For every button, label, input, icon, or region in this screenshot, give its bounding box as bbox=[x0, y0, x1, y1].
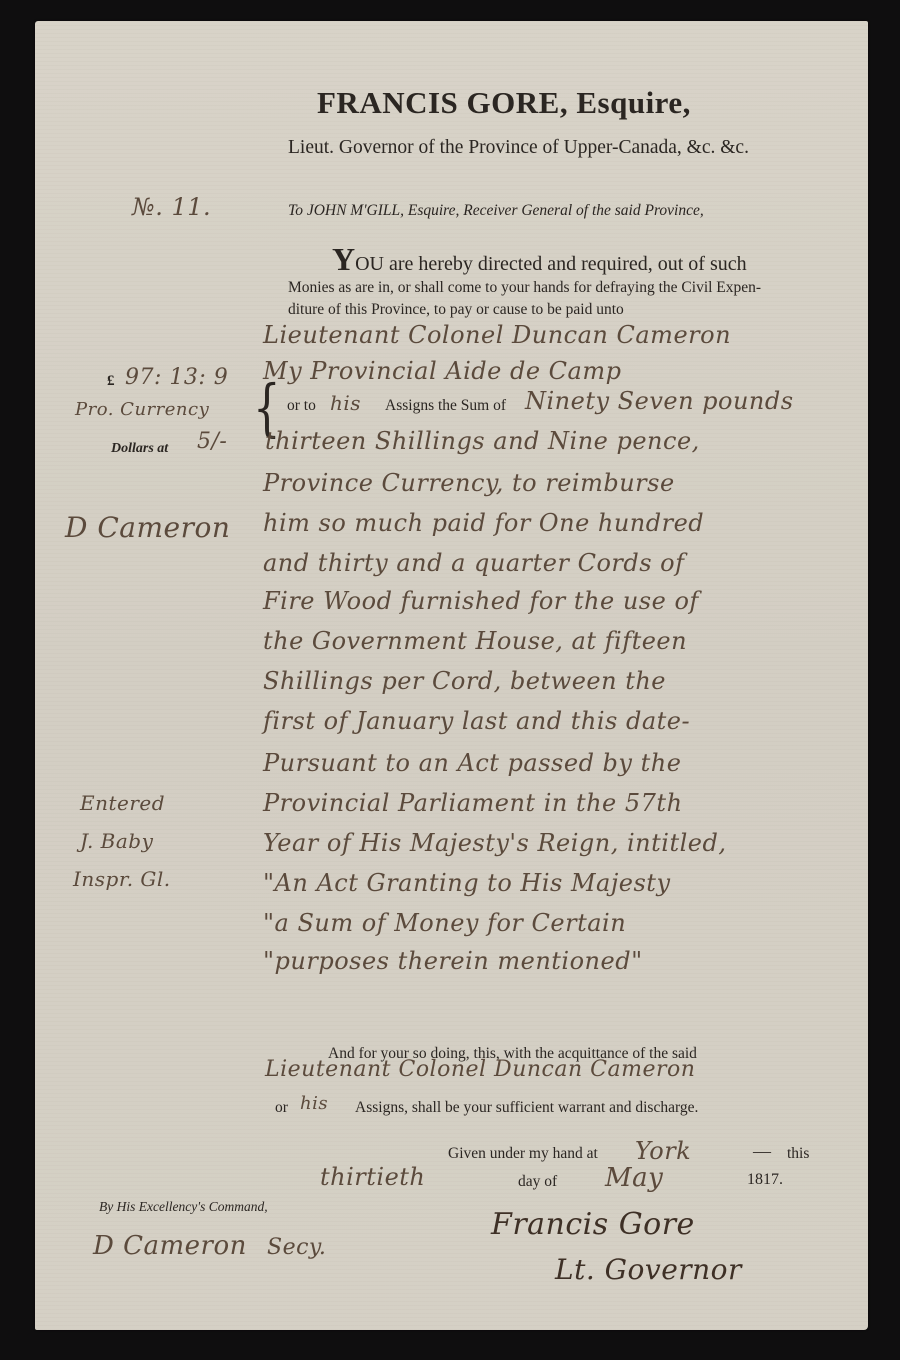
body-line: and thirty and a quarter Cords of bbox=[263, 549, 685, 577]
sum-amount-words: Ninety Seven pounds bbox=[525, 387, 794, 415]
given-this: this bbox=[787, 1145, 809, 1163]
sum-his: his bbox=[330, 391, 361, 415]
body-line: "An Act Granting to His Majesty bbox=[263, 869, 671, 897]
given-year: 1817. bbox=[747, 1171, 783, 1189]
title-name: FRANCIS GORE, bbox=[317, 85, 568, 120]
warrant-document: FRANCIS GORE, Esquire, Lieut. Governor o… bbox=[35, 21, 868, 1330]
margin-amount: 97: 13: 9 bbox=[125, 365, 228, 390]
drop-cap: Y bbox=[332, 241, 355, 277]
body-line: Provincial Parliament in the 57th bbox=[263, 789, 683, 817]
margin-currency: Pro. Currency bbox=[75, 399, 209, 420]
given-dash: — bbox=[753, 1141, 771, 1162]
closing-his: his bbox=[300, 1093, 328, 1114]
preamble-line-2: Monies as are in, or shall come to your … bbox=[288, 279, 761, 297]
body-line: Year of His Majesty's Reign, intitled, bbox=[263, 829, 726, 857]
preamble-first-line-text: OU are hereby directed and required, out… bbox=[355, 253, 747, 275]
closing-payee: Lieutenant Colonel Duncan Cameron bbox=[265, 1057, 695, 1082]
body-line: "a Sum of Money for Certain bbox=[263, 909, 626, 937]
body-line: the Government House, at fifteen bbox=[263, 627, 687, 655]
dollars-rate: 5/- bbox=[197, 429, 227, 454]
addressee-line: To JOHN M'GILL, Esquire, Receiver Genera… bbox=[288, 202, 704, 220]
preamble-line-3: diture of this Province, to pay or cause… bbox=[288, 301, 624, 319]
body-line: Province Currency, to reimburse bbox=[263, 469, 675, 497]
command-signature-suffix: Secy. bbox=[267, 1235, 326, 1260]
given-text: Given under my hand at bbox=[448, 1145, 598, 1163]
warrant-number: №. 11. bbox=[132, 193, 211, 221]
closing-or: or bbox=[275, 1099, 288, 1117]
given-place: York bbox=[635, 1137, 691, 1165]
margin-signature: D Cameron bbox=[65, 511, 230, 544]
body-line: "purposes therein mentioned" bbox=[263, 947, 643, 975]
body-line: thirteen Shillings and Nine pence, bbox=[265, 427, 700, 455]
body-line: first of January last and this date- bbox=[263, 707, 690, 735]
body-line: Fire Wood furnished for the use of bbox=[263, 587, 699, 615]
governor-title: Lt. Governor bbox=[555, 1253, 742, 1286]
document-title: FRANCIS GORE, Esquire, bbox=[317, 85, 691, 121]
command-signature: D Cameron bbox=[93, 1231, 247, 1261]
sum-assigns: Assigns the Sum of bbox=[385, 397, 506, 415]
sum-or-to: or to bbox=[287, 397, 316, 415]
given-month: May bbox=[605, 1163, 663, 1193]
given-day: thirtieth bbox=[320, 1163, 425, 1191]
command-label: By His Excellency's Command, bbox=[99, 1199, 268, 1215]
entered-by: J. Baby bbox=[80, 829, 153, 853]
title-suffix: Esquire, bbox=[576, 85, 691, 120]
given-day-of: day of bbox=[518, 1173, 557, 1191]
body-line: Pursuant to an Act passed by the bbox=[263, 749, 681, 777]
payee-name: Lieutenant Colonel Duncan Cameron bbox=[263, 321, 731, 349]
governor-signature: Francis Gore bbox=[491, 1207, 695, 1242]
preamble-first-line: YOU are hereby directed and required, ou… bbox=[332, 241, 747, 278]
entered-label: Entered bbox=[80, 791, 165, 815]
pound-sign: £ bbox=[107, 373, 115, 390]
body-line: Shillings per Cord, between the bbox=[263, 667, 666, 695]
dollars-label: Dollars at bbox=[111, 441, 168, 457]
closing-line-2: Assigns, shall be your sufficient warran… bbox=[355, 1099, 698, 1117]
document-subtitle: Lieut. Governor of the Province of Upper… bbox=[288, 137, 749, 159]
body-line: him so much paid for One hundred bbox=[263, 509, 704, 537]
entered-title: Inspr. Gl. bbox=[73, 867, 171, 891]
payee-title: My Provincial Aide de Camp bbox=[263, 357, 621, 385]
